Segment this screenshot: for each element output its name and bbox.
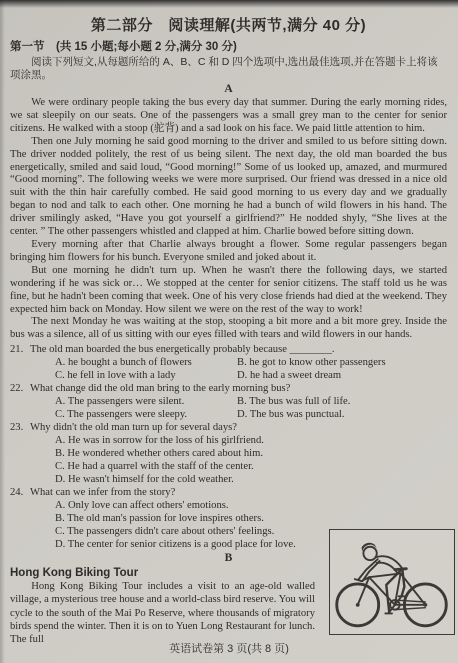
option-a: A. Only love can affect others' emotions… <box>55 499 447 512</box>
question-stem: Why didn't the old man turn up for sever… <box>30 421 447 434</box>
question-21: 21. The old man boarded the bus energeti… <box>10 343 447 382</box>
option-c: C. The passengers were sleepy. <box>55 408 237 421</box>
passage-a-paragraph: Every morning after that Charlie always … <box>10 239 447 265</box>
option-a: A. He was in sorrow for the loss of his … <box>55 434 447 447</box>
passage-b-paragraph: Hong Kong Biking Tour includes a visit t… <box>10 580 315 646</box>
question-list: 21. The old man boarded the bus energeti… <box>10 343 447 551</box>
question-number: 24. <box>10 486 30 499</box>
passage-a-paragraph: We were ordinary people taking the bus e… <box>10 97 447 136</box>
option-d: D. he had a sweet dream <box>237 369 447 382</box>
scan-shadow-top <box>0 0 458 8</box>
question-number: 23. <box>10 421 30 434</box>
question-22: 22. What change did the old man bring to… <box>10 382 447 421</box>
passage-a-paragraph: Then one July morning he said good morni… <box>10 136 447 239</box>
part-title: 第二部分 阅读理解(共两节,满分 40 分) <box>10 16 447 35</box>
instruction-text: 阅读下列短文,从每题所给的 A、B、C 和 D 四个选项中,选出最佳选项,并在答… <box>10 56 447 82</box>
option-a: A. he bought a bunch of flowers <box>55 356 237 369</box>
section-heading: 第一节 (共 15 小题;每小题 2 分,满分 30 分) <box>10 40 447 54</box>
passage-a-label: A <box>10 83 447 96</box>
passage-a-paragraph: The next Monday he was waiting at the st… <box>10 316 447 342</box>
question-number: 22. <box>10 382 30 395</box>
option-c: C. he fell in love with a lady <box>55 369 237 382</box>
option-b: B. he got to know other passengers <box>237 356 447 369</box>
cyclist-riding-bicycle-icon <box>332 532 452 632</box>
question-23: 23. Why didn't the old man turn up for s… <box>10 421 447 486</box>
page-footer: 英语试卷第 3 页(共 8 页) <box>0 643 458 656</box>
question-stem: The old man boarded the bus energeticall… <box>30 343 447 356</box>
option-c: C. He had a quarrel with the staff of th… <box>55 460 447 473</box>
scanned-exam-page: 第二部分 阅读理解(共两节,满分 40 分) 第一节 (共 15 小题;每小题 … <box>0 0 458 663</box>
option-b: B. The bus was full of life. <box>237 395 447 408</box>
question-stem: What can we infer from the story? <box>30 486 447 499</box>
passage-a-paragraph: But one morning he didn't turn up. When … <box>10 265 447 317</box>
question-stem: What change did the old man bring to the… <box>30 382 447 395</box>
option-b: B. He wondered whether others cared abou… <box>55 447 447 460</box>
passage-a: We were ordinary people taking the bus e… <box>10 97 447 342</box>
cyclist-illustration-frame <box>329 529 455 635</box>
option-d: D. He wasn't himself for the cold weathe… <box>55 473 447 486</box>
question-number: 21. <box>10 343 30 356</box>
option-b: B. The old man's passion for love inspir… <box>55 512 447 525</box>
option-a: A. The passengers were silent. <box>55 395 237 408</box>
scan-shadow-left <box>0 0 5 663</box>
option-d: D. The bus was punctual. <box>237 408 447 421</box>
